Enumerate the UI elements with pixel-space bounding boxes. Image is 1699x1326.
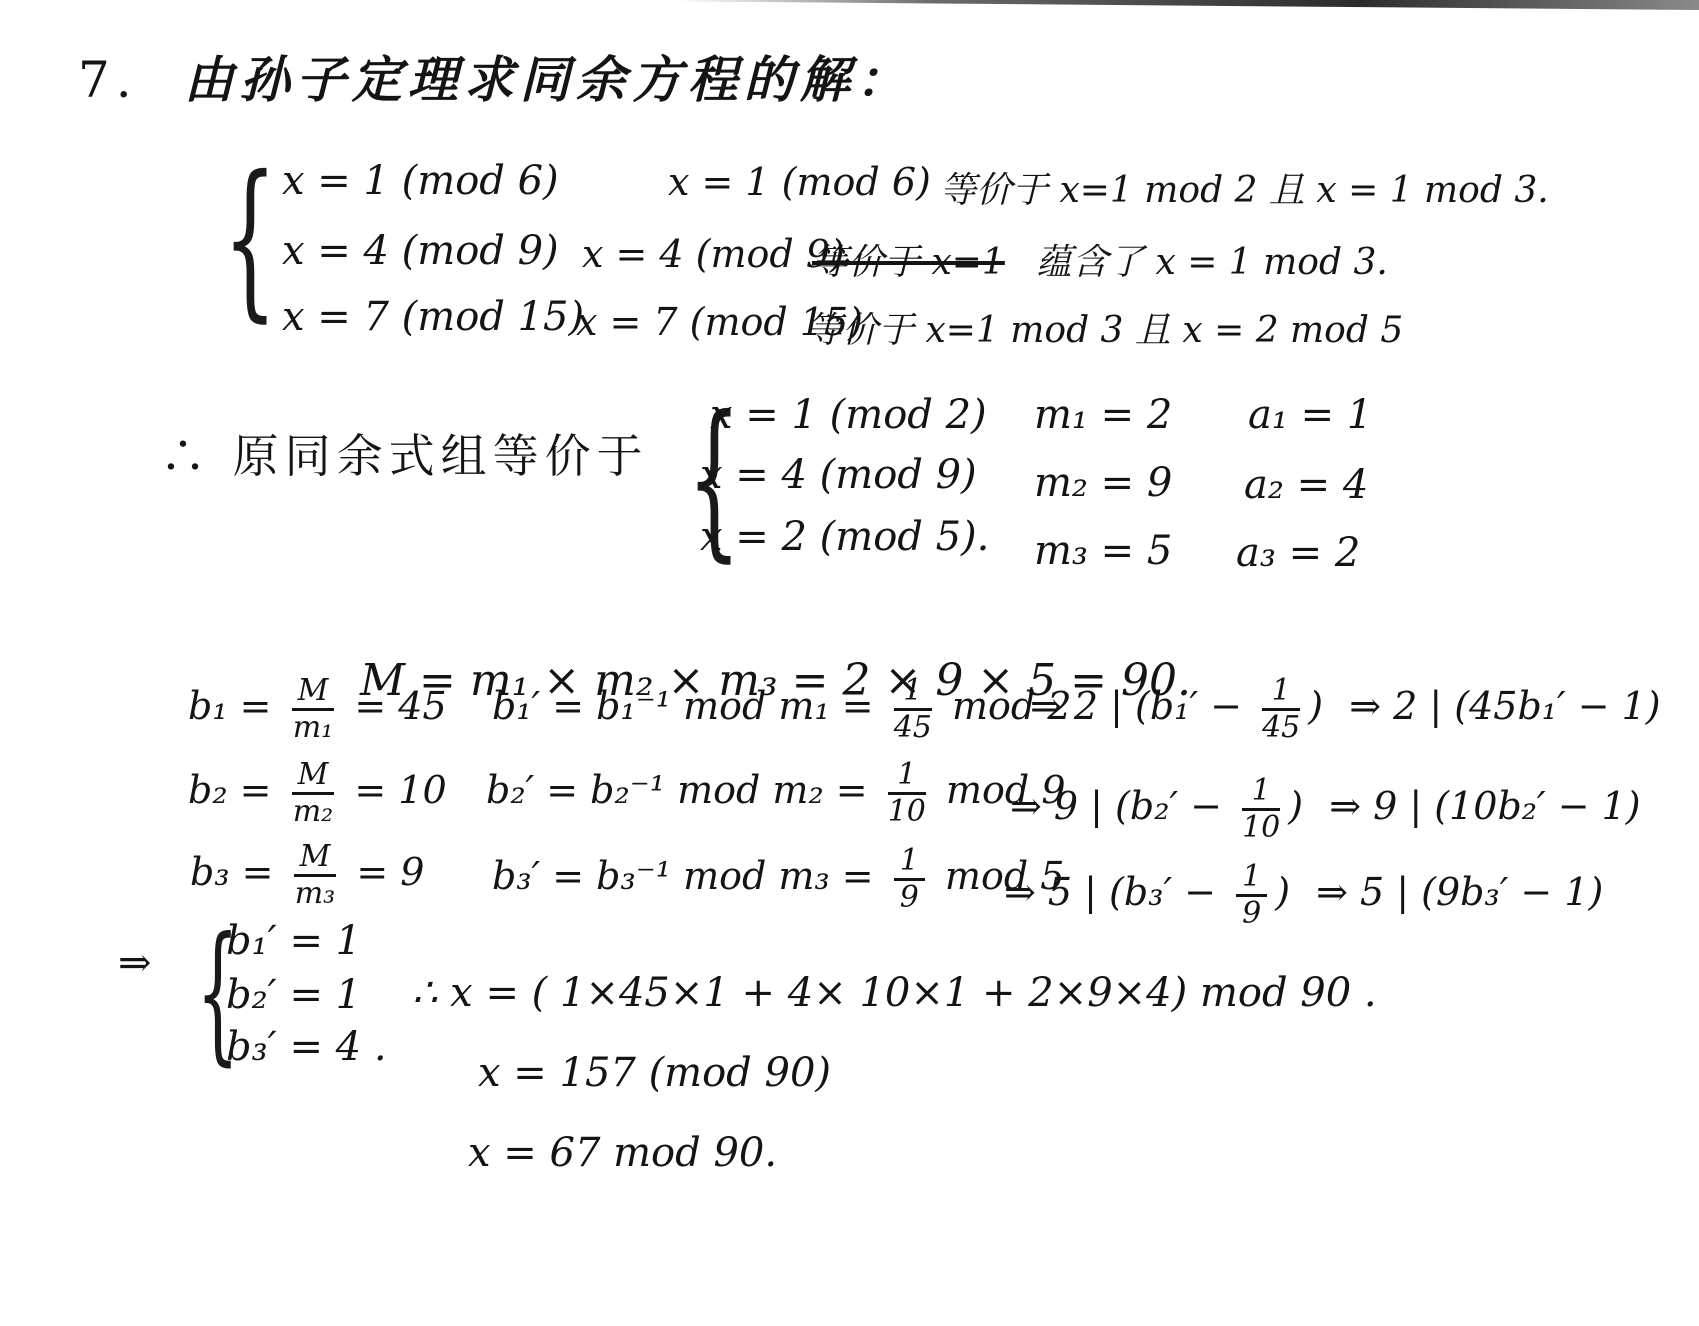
b2-divisibility: ⇒ 9 | (b₂′ − 110) ⇒ 9 | (10b₂′ − 1) [1010, 776, 1641, 843]
b1-div-result: ⇒ 2 | (45b₁′ − 1) [1349, 684, 1660, 728]
modulus-m3: m₃ = 5 [1034, 528, 1172, 574]
b2-div-post: ) [1288, 784, 1303, 828]
b1-value: = 45 [354, 684, 446, 728]
b1-fraction: Mm₁ [292, 676, 335, 743]
b1-inv-den: 45 [894, 711, 932, 743]
b2-inv-label: b₂′ = b₂⁻¹ mod m₂ = [486, 768, 868, 812]
original-eq-1: x = 1 (mod 6) [282, 158, 559, 204]
note-1-lhs: x = 1 (mod 6) [668, 160, 931, 204]
b3-div-result: ⇒ 5 | (9b₃′ − 1) [1316, 870, 1603, 914]
inverse-b2: b₂′ = 1 [226, 972, 361, 1018]
residue-a1: a₁ = 1 [1248, 392, 1372, 438]
b1-inv-label: b₁′ = b₁⁻¹ mod m₁ = [492, 684, 874, 728]
b2-row-left: b₂ = Mm₂ = 10 [188, 760, 447, 827]
b3-div-num: 1 [1236, 862, 1267, 897]
b1-div-den: 45 [1262, 711, 1300, 743]
b3-div-post: ) [1275, 870, 1290, 914]
b2-div-pre: ⇒ 9 | (b₂′ − [1010, 784, 1222, 828]
b3-inv-label: b₃′ = b₃⁻¹ mod m₃ = [492, 854, 874, 898]
residue-a2: a₂ = 4 [1244, 462, 1368, 508]
b2-inv-den: 10 [888, 795, 926, 827]
b1-inv-fraction: 145 [894, 676, 932, 743]
residue-a3: a₃ = 2 [1236, 530, 1360, 576]
implies-arrow: ⇒ [118, 940, 152, 986]
b3-div-den: 9 [1236, 897, 1267, 929]
b2-div-result: ⇒ 9 | (10b₂′ − 1) [1329, 784, 1640, 828]
b1-inverse: b₁′ = b₁⁻¹ mod m₁ = 145 mod 2 [492, 676, 1072, 743]
b1-divisibility: ⇒ 2 | (b₁′ − 145) ⇒ 2 | (45b₁′ − 1) [1030, 676, 1661, 743]
b1-label: b₁ = [188, 684, 271, 728]
b3-value: = 9 [356, 850, 424, 894]
b2-div-num: 1 [1242, 776, 1280, 811]
inverse-b1: b₁′ = 1 [226, 918, 361, 964]
original-eq-3: x = 7 (mod 15) [282, 294, 584, 340]
b2-label: b₂ = [188, 768, 271, 812]
b1-div-pre: ⇒ 2 | (b₁′ − [1030, 684, 1242, 728]
inverse-b3: b₃′ = 4 . [226, 1024, 387, 1070]
equivalent-eq-3: x = 2 (mod 5). [700, 514, 989, 560]
solution-step-157: x = 157 (mod 90) [478, 1050, 831, 1096]
problem-number: 7. [78, 51, 138, 109]
b1-inv-num: 1 [894, 676, 932, 711]
b2-inv-fraction: 110 [888, 760, 926, 827]
b2-inv-num: 1 [888, 760, 926, 795]
b2-div-fraction: 110 [1242, 776, 1280, 843]
note-2-lhs: x = 4 (mod 9) [582, 232, 845, 276]
b3-inv-den: 9 [894, 881, 925, 913]
b3-div-pre: ⇒ 5 | (b₃′ − [1004, 870, 1216, 914]
b1-div-num: 1 [1262, 676, 1300, 711]
b2-inverse: b₂′ = b₂⁻¹ mod m₂ = 110 mod 9 [486, 760, 1066, 827]
b3-div-fraction: 19 [1236, 862, 1267, 929]
b3-inv-num: 1 [894, 846, 925, 881]
note-2-text: 蕴含了 x = 1 mod 3. [1036, 234, 1388, 285]
b3-divisibility: ⇒ 5 | (b₃′ − 19) ⇒ 5 | (9b₃′ − 1) [1004, 862, 1603, 929]
b3-den: m₃ [294, 877, 337, 909]
b1-div-fraction: 145 [1262, 676, 1300, 743]
b1-row-left: b₁ = Mm₁ = 45 [188, 676, 447, 743]
note-3-text: 等价于 x=1 mod 3 且 x = 2 mod 5 [806, 302, 1403, 353]
b3-label: b₃ = [190, 850, 273, 894]
b2-den: m₂ [292, 795, 335, 827]
note-2-struck-text: 等价于 x=1 [812, 234, 1005, 285]
b1-den: m₁ [292, 711, 335, 743]
equivalent-label: ∴ 原同余式组等价于 [160, 420, 649, 486]
solution-expression: ∴ x = ( 1×45×1 + 4× 10×1 + 2×9×4) mod 90… [412, 970, 1377, 1016]
solution-final: x = 67 mod 90. [468, 1130, 777, 1176]
note-1-text: 等价于 x=1 mod 2 且 x = 1 mod 3. [940, 162, 1549, 213]
b2-fraction: Mm₂ [292, 760, 335, 827]
equivalent-eq-2: x = 4 (mod 9) [700, 452, 977, 498]
problem-title: 7.由孙子定理求同余方程的解： [78, 40, 912, 112]
b2-num: M [292, 760, 335, 795]
left-brace: { [223, 140, 277, 338]
b3-fraction: Mm₃ [294, 842, 337, 909]
b1-div-post: ) [1308, 684, 1323, 728]
b3-num: M [294, 842, 337, 877]
b2-value: = 10 [354, 768, 446, 812]
b1-num: M [292, 676, 335, 711]
modulus-m1: m₁ = 2 [1034, 392, 1172, 438]
modulus-m2: m₂ = 9 [1034, 460, 1172, 506]
problem-title-text: 由孙子定理求同余方程的解： [184, 50, 912, 109]
b3-row-left: b₃ = Mm₃ = 9 [190, 842, 425, 909]
b3-inverse: b₃′ = b₃⁻¹ mod m₃ = 19 mod 5 [492, 846, 1064, 913]
equivalent-eq-1: x = 1 (mod 2) [710, 392, 987, 438]
original-eq-2: x = 4 (mod 9) [282, 228, 559, 274]
b3-inv-fraction: 19 [894, 846, 925, 913]
b2-div-den: 10 [1242, 811, 1280, 843]
page-edge-shadow [0, 0, 1699, 10]
